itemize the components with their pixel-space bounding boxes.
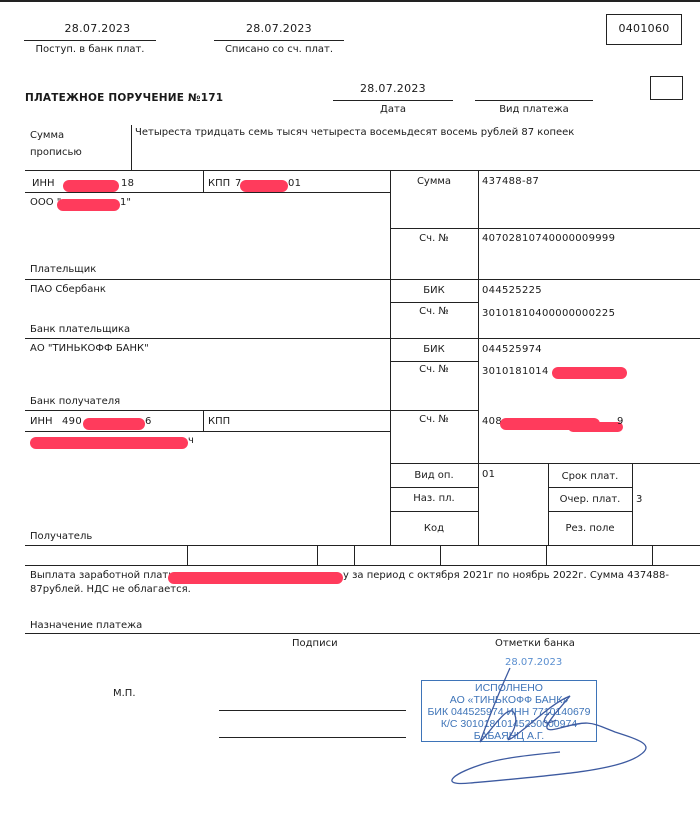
grid-line	[546, 545, 547, 565]
code-label: Код	[390, 523, 478, 534]
amount-words-label-1: Сумма	[30, 127, 82, 144]
payment-type-label: Вид платежа	[475, 104, 593, 115]
redaction	[552, 367, 627, 379]
amount-words-label: Сумма прописью	[30, 127, 82, 161]
debited-date: 28.07.2023	[214, 22, 344, 35]
priority-label: Очер. плат.	[548, 494, 632, 505]
grid-line	[203, 410, 204, 431]
grid-line	[187, 545, 188, 565]
due-label: Срок плат.	[548, 471, 632, 482]
payer-kpp-suffix: 01	[288, 178, 301, 189]
received-date: 28.07.2023	[40, 22, 155, 35]
reserve-label: Рез. поле	[548, 523, 632, 534]
grid-line	[390, 170, 391, 545]
redaction	[83, 418, 145, 430]
payee-name-suffix: ч	[188, 435, 194, 446]
debited-label: Списано со сч. плат.	[214, 44, 344, 55]
payer-label: Плательщик	[30, 264, 96, 275]
seal-label: М.П.	[113, 688, 136, 699]
payer-kpp-label: КПП	[208, 178, 230, 189]
grid-line	[25, 633, 700, 634]
bank-marks-label: Отметки банка	[495, 638, 575, 649]
grid-line	[390, 487, 478, 488]
grid-line	[390, 302, 478, 303]
grid-line	[25, 192, 390, 193]
redaction	[568, 422, 623, 432]
amount-words-value: Четыреста тридцать семь тысяч четыреста …	[135, 127, 574, 138]
purpose-text-line2: 87рублей. НДС не облагается.	[30, 584, 191, 595]
amount-words-divider	[131, 125, 132, 170]
order-date-label: Дата	[333, 104, 453, 115]
payer-bank-acc: 30101810400000000225	[482, 308, 615, 319]
payer-account-label: Сч. №	[390, 233, 478, 244]
purpose-text-prefix: Выплата заработной платы	[30, 570, 176, 581]
payee-bank-bik: 044525974	[482, 344, 542, 355]
payee-bank-name: АО "ТИНЬКОФФ БАНК"	[30, 343, 149, 354]
payee-bank-acc-label: Сч. №	[390, 364, 478, 375]
payer-inn-label: ИНН	[32, 178, 55, 189]
grid-line	[317, 545, 318, 565]
payee-acc-label: Сч. №	[390, 414, 478, 425]
grid-line	[548, 511, 632, 512]
page-top-border	[0, 0, 700, 2]
debited-date-line	[214, 40, 344, 41]
grid-line	[390, 463, 700, 464]
grid-line	[440, 545, 441, 565]
payee-inn-label: ИНН	[30, 416, 53, 427]
purpose-label: Назначение платежа	[30, 620, 142, 631]
received-label: Поступ. в банк плат.	[24, 44, 156, 55]
grid-line	[25, 545, 700, 546]
amount-value: 437488-87	[482, 176, 539, 187]
grid-line	[390, 511, 478, 512]
payer-account-value: 40702810740000009999	[482, 233, 615, 244]
order-date-line	[333, 100, 453, 101]
payer-inn-suffix: 18	[121, 178, 134, 189]
purpose-text-suffix: у за период с октября 2021г по ноябрь 20…	[343, 570, 669, 581]
redaction	[63, 180, 119, 192]
grid-line	[25, 565, 700, 566]
grid-line	[354, 545, 355, 565]
priority-value: 3	[636, 494, 643, 505]
payer-bank-label: Банк плательщика	[30, 324, 130, 335]
redaction	[168, 572, 343, 584]
grid-line	[478, 170, 479, 545]
signatures-label: Подписи	[292, 638, 338, 649]
payer-bank-bik: 044525225	[482, 285, 542, 296]
payee-bank-label: Банк получателя	[30, 396, 120, 407]
grid-line	[548, 487, 632, 488]
received-date-line	[24, 40, 156, 41]
grid-line	[652, 545, 653, 565]
payer-name-suffix: 1"	[120, 197, 131, 208]
payment-type-box	[650, 76, 683, 100]
payee-bank-bik-label: БИК	[390, 344, 478, 355]
payee-inn-prefix: 490	[62, 416, 82, 427]
payment-type-line	[475, 100, 593, 101]
payer-bank-name: ПАО Сбербанк	[30, 284, 106, 295]
grid-line	[25, 170, 700, 171]
grid-line	[25, 279, 700, 280]
page-title: ПЛАТЕЖНОЕ ПОРУЧЕНИЕ №171	[25, 92, 223, 104]
grid-line	[390, 361, 478, 362]
payee-bank-acc-prefix: 3010181014	[482, 366, 549, 377]
payee-kpp-label: КПП	[208, 416, 230, 427]
amount-words-label-2: прописью	[30, 144, 82, 161]
grid-line	[25, 431, 390, 432]
op-type-value: 01	[482, 469, 495, 480]
payee-inn-suffix: 6	[145, 416, 152, 427]
grid-line	[390, 228, 700, 229]
purpose-code-label: Наз. пл.	[390, 493, 478, 504]
redaction	[30, 437, 188, 449]
payee-acc-suffix: 9	[617, 416, 624, 427]
payer-bank-acc-label: Сч. №	[390, 306, 478, 317]
amount-label: Сумма	[390, 176, 478, 187]
grid-line	[632, 463, 633, 545]
grid-line	[203, 170, 204, 192]
payee-label: Получатель	[30, 531, 92, 542]
signature-line-1	[219, 710, 406, 711]
order-date: 28.07.2023	[333, 82, 453, 95]
signature-icon	[440, 660, 700, 790]
grid-line	[25, 338, 700, 339]
form-code-box: 0401060	[606, 14, 682, 45]
grid-line	[25, 410, 478, 411]
redaction	[240, 180, 288, 192]
op-type-label: Вид оп.	[390, 470, 478, 481]
signature-line-2	[219, 737, 406, 738]
redaction	[57, 199, 120, 211]
payee-acc-prefix: 408	[482, 416, 502, 427]
payer-bank-bik-label: БИК	[390, 285, 478, 296]
